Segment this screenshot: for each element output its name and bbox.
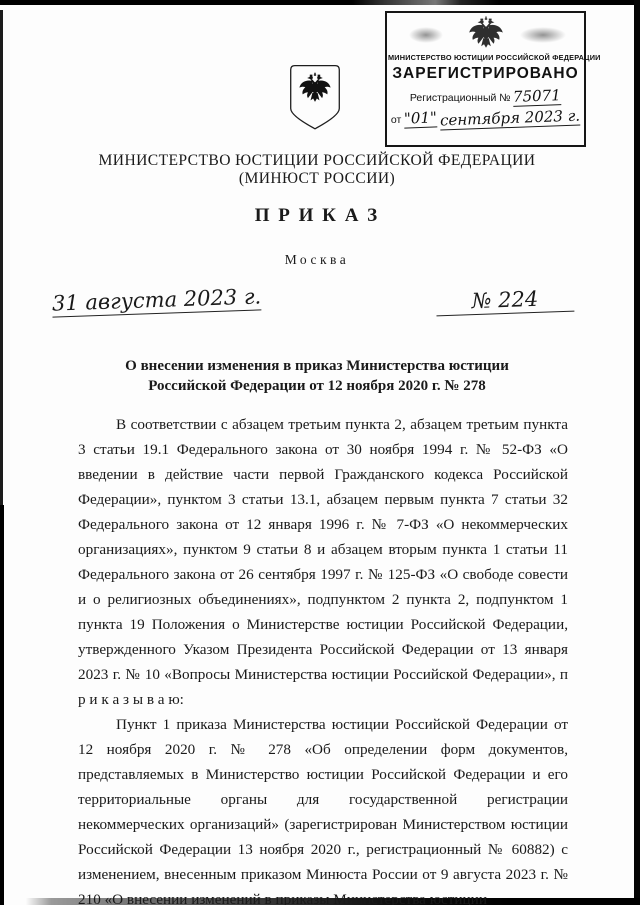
- scan-edge-right: [634, 0, 640, 905]
- stamp-date-prefix: от: [391, 114, 401, 126]
- ministry-name: МИНИСТЕРСТВО ЮСТИЦИИ РОССИЙСКОЙ ФЕДЕРАЦИ…: [0, 152, 634, 170]
- stamp-smudge: [409, 27, 443, 43]
- stamp-ministry-line: МИНИСТЕРСТВО ЮСТИЦИИ РОССИЙСКОЙ ФЕДЕРАЦИ…: [388, 53, 583, 62]
- coat-of-arms-emblem: [286, 64, 344, 132]
- order-body: В соответствии с абзацем третьим пункта …: [78, 412, 568, 905]
- stamp-date-day: "01": [404, 108, 438, 128]
- double-headed-eagle-icon: [286, 64, 344, 132]
- scan-edge-top: [0, 0, 640, 5]
- document-type-title: П Р И К А З: [0, 205, 634, 227]
- stamp-date-rest: сентября 2023 г.: [440, 107, 581, 131]
- stamp-registration-date: от "01" сентября 2023 г.: [387, 109, 584, 128]
- stamp-smudge: [520, 27, 566, 43]
- document-content: МИНИСТЕРСТВО ЮСТИЦИИ РОССИЙСКОЙ ФЕДЕРАЦИ…: [0, 152, 634, 905]
- date-and-number-line: 31 августа 2023 г. № 224: [0, 288, 634, 314]
- handwritten-date: 31 августа 2023 г.: [52, 284, 262, 317]
- stamp-reg-number-label: Регистрационный №: [410, 92, 511, 104]
- stamp-registration-number: Регистрационный № 75071: [387, 87, 584, 106]
- registration-stamp: МИНИСТЕРСТВО ЮСТИЦИИ РОССИЙСКОЙ ФЕДЕРАЦИ…: [385, 11, 586, 147]
- body-paragraph-1: В соответствии с абзацем третьим пункта …: [78, 412, 568, 712]
- stamp-eagle-icon: [387, 15, 584, 51]
- order-subject-heading: О внесении изменения в приказ Министерст…: [91, 357, 543, 396]
- city-label: Москва: [0, 252, 634, 268]
- stamp-registered-label: ЗАРЕГИСТРИРОВАНО: [387, 65, 584, 83]
- handwritten-order-number: № 224: [436, 286, 575, 317]
- body-paragraph-2: Пункт 1 приказа Министерства юстиции Рос…: [78, 712, 568, 905]
- scanned-order-page: { "stamp": { "ministry_line": "МИНИСТЕРС…: [0, 0, 640, 905]
- stamp-reg-number-value: 75071: [513, 86, 561, 107]
- ministry-short-name: (МИНЮСТ РОССИИ): [0, 170, 634, 188]
